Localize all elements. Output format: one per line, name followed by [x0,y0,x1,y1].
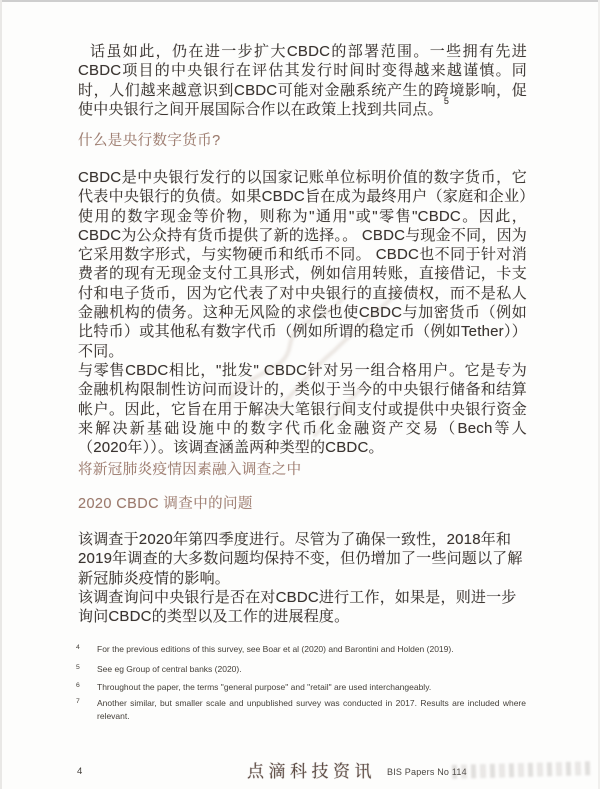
survey-timing-paragraph: 该调查于2020年第四季度进行。尽管为了确保一致性，2018年和2019年调查的… [78,530,530,588]
scan-top-edge [0,0,600,2]
survey-question-paragraph: 该调查询问中央银行是否在对CBDC进行工作，如果是，则进一步询问CBDC的类型以… [78,588,530,627]
footnote-text: For the previous editions of this survey… [97,643,526,656]
footnote-text: Throughout the paper, the terms "general… [97,681,526,694]
footnote-6: 6 Throughout the paper, the terms "gener… [76,681,526,694]
survey-section: 该调查于2020年第四季度进行。尽管为了确保一致性，2018年和2019年调查的… [78,530,530,626]
footnote-number: 4 [76,642,97,655]
intro-paragraph: 话虽如此，仍在进一步扩大CBDC的部署范围。一些拥有先进CBDC项目的中央银行在… [78,42,527,119]
scan-left-edge [0,0,2,789]
footnote-number: 7 [76,696,97,721]
corner-smudge [452,761,594,779]
footnote-7: 7 Another similar, but smaller scale and… [76,697,526,722]
section-heading-what-is-cbdc: 什么是央行数字货币? [78,132,527,150]
scanned-document-page: { "document": { "body": { "p1": "话虽如此，仍在… [0,0,600,789]
footnote-text: See eg Group of central banks (2020). [97,663,526,676]
footnote-5: 5 See eg Group of central banks (2020). [76,663,526,676]
footnote-text: Another similar, but smaller scale and u… [97,697,526,722]
watermark-stamp: 点滴科技资讯 [247,757,376,782]
footnote-number: 5 [76,662,97,675]
cbdc-definition-paragraph: CBDC是中央银行发行的以国家记账单位标明价值的数字货币，它代表中央银行的负债。… [78,168,527,361]
footnote-4: 4 For the previous editions of this surv… [76,643,526,656]
wholesale-cbdc-paragraph: 与零售CBDC相比，"批发" CBDC针对另一组合格用户。它是专为金融机构限制性… [78,361,527,457]
page-number: 4 [77,766,82,777]
intro-paragraph-text: 话虽如此，仍在进一步扩大CBDC的部署范围。一些拥有先进CBDC项目的中央银行在… [78,43,527,118]
footnote-number: 6 [76,680,97,693]
cbdc-definition-section: CBDC是中央银行发行的以国家记账单位标明价值的数字货币，它代表中央银行的负债。… [78,168,527,457]
section-heading-covid-factors: 将新冠肺炎疫情因素融入调查之中 [78,461,527,479]
section-heading-2020-survey: 2020 CBDC 调查中的问题 [78,495,527,513]
footnote-ref-5: 5 [444,96,449,106]
